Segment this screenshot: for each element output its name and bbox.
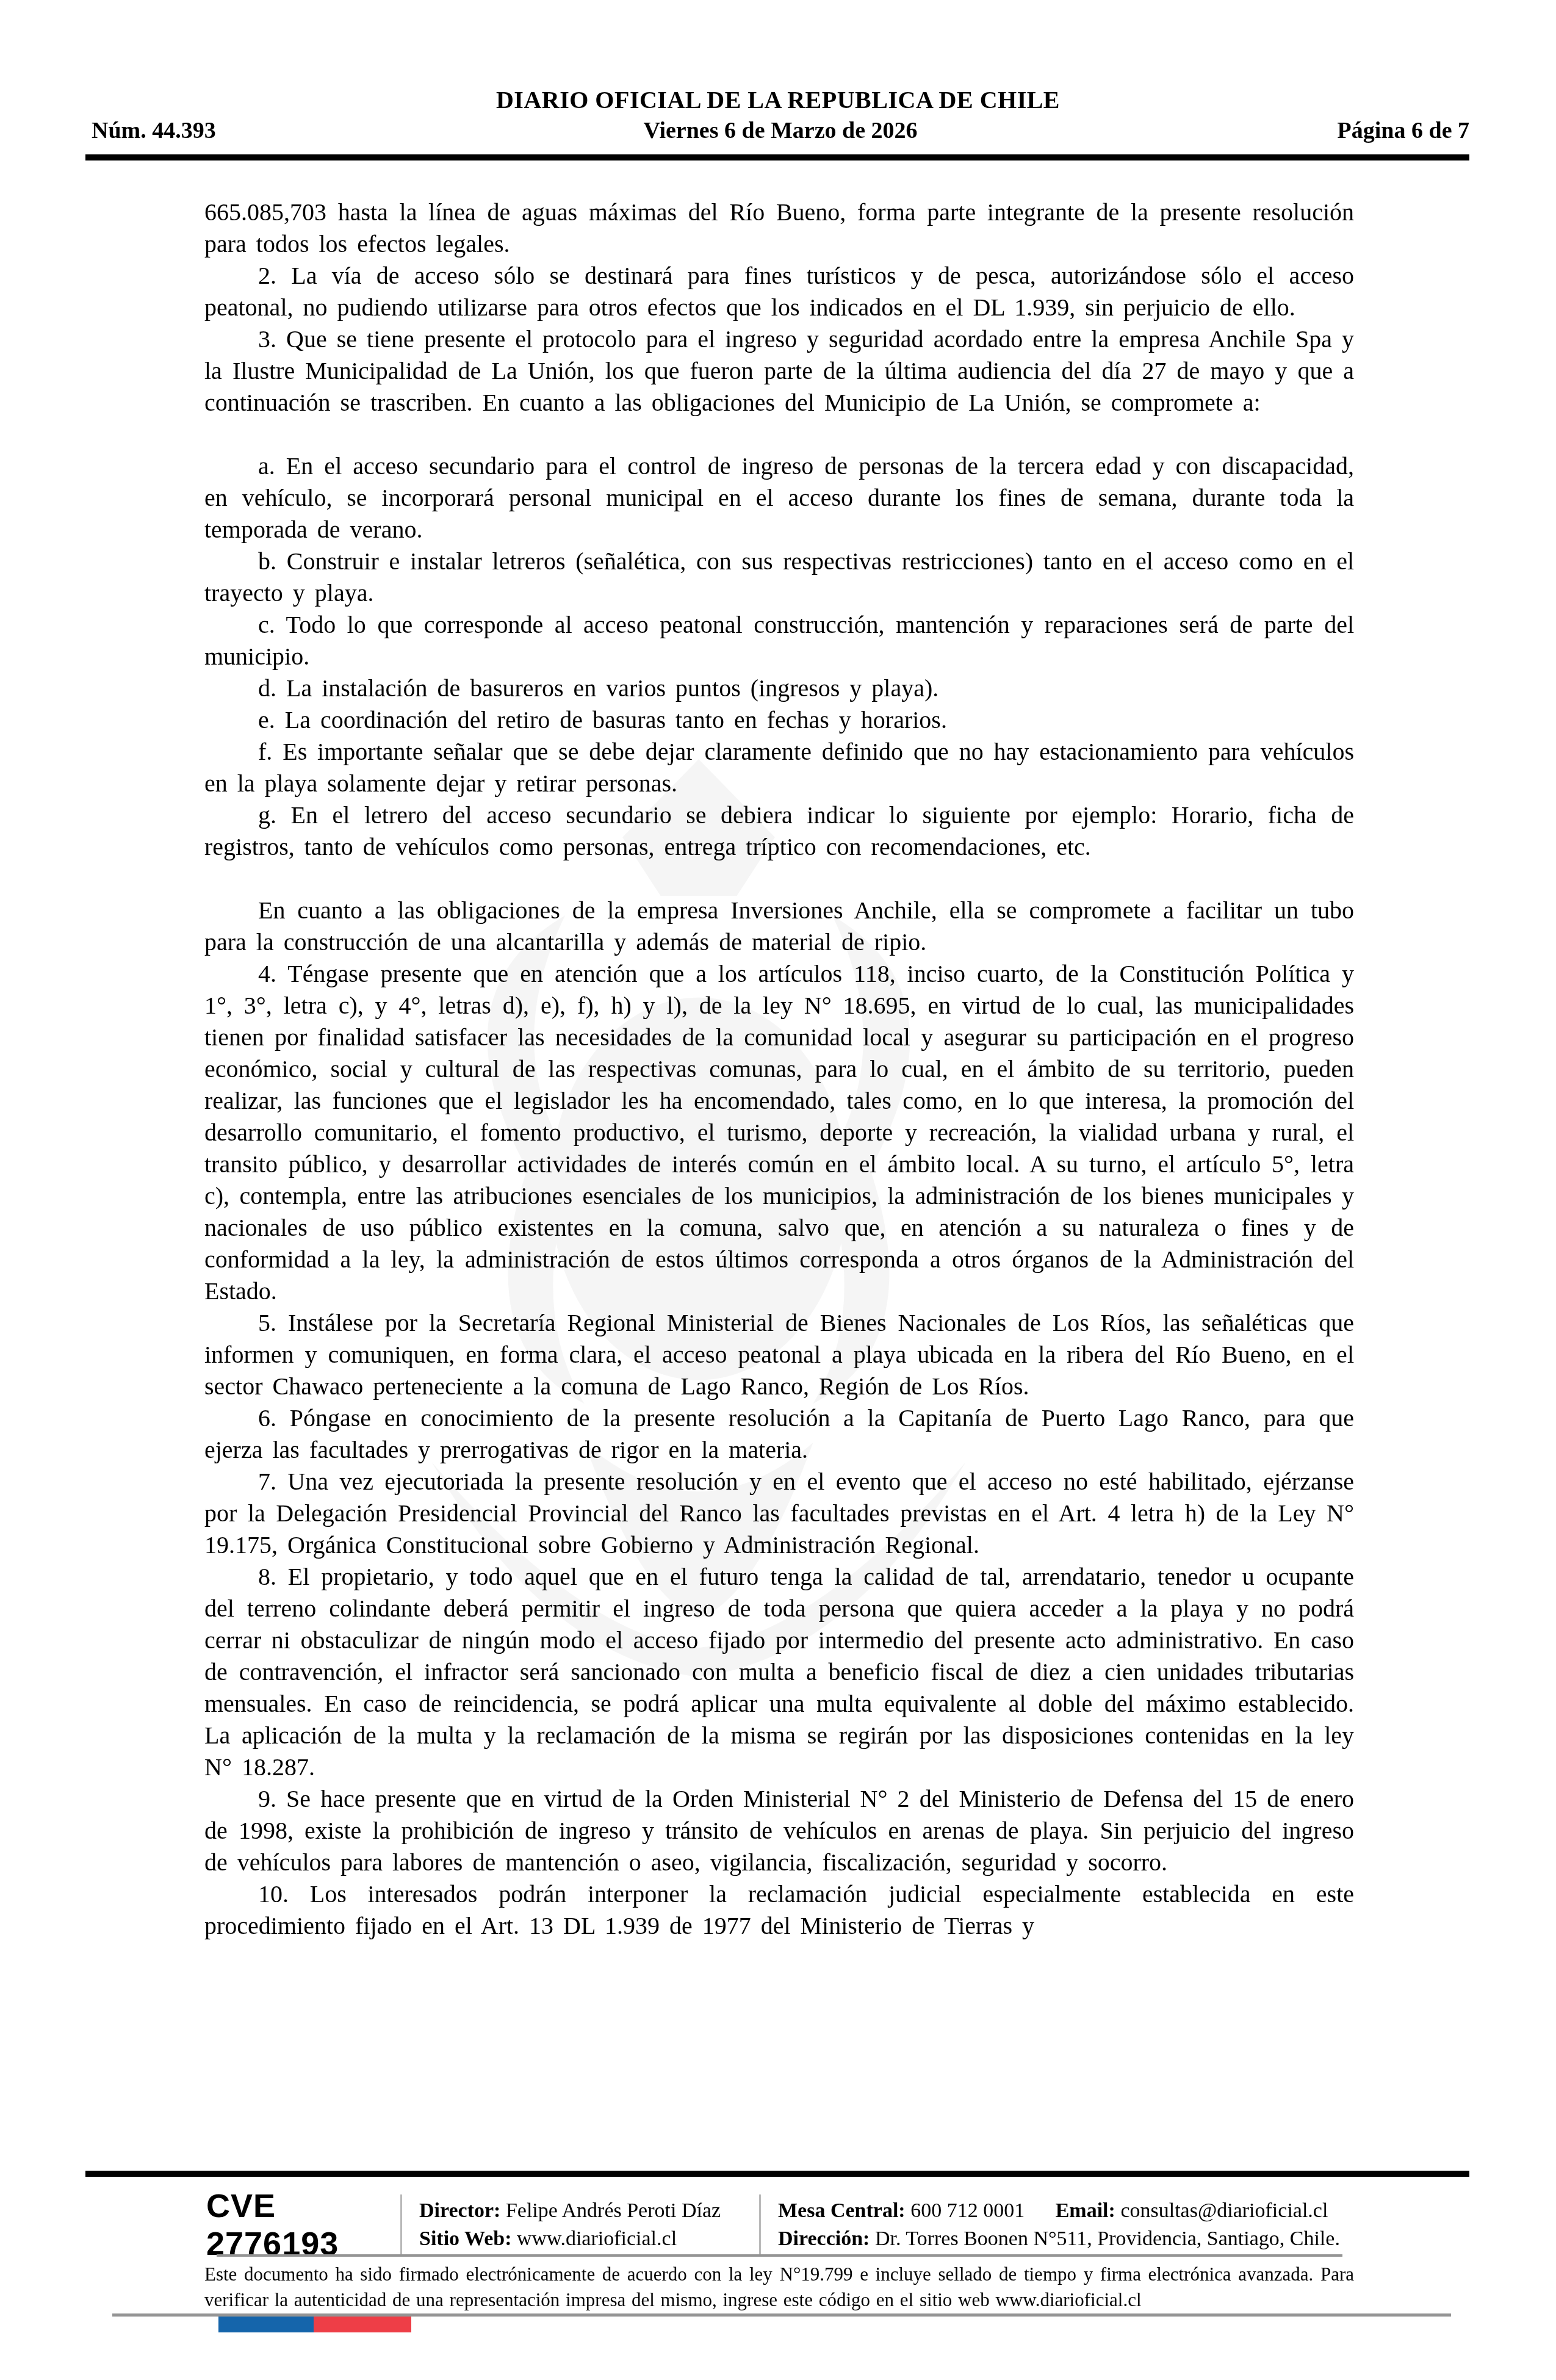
footer-divider-1 xyxy=(400,2194,402,2256)
body-paragraph: d. La instalación de basureros en varios… xyxy=(204,673,1354,704)
body-paragraph: 8. El propietario, y todo aquel que en e… xyxy=(204,1561,1354,1783)
chile-flag-bar xyxy=(218,2317,411,2332)
address-label: Dirección: xyxy=(778,2227,870,2250)
footer-info-box: CVE 2776193 Director: Felipe Andrés Pero… xyxy=(206,2194,1353,2256)
flag-blue-segment xyxy=(218,2317,314,2332)
body-paragraph: 10. Los interesados podrán interponer la… xyxy=(204,1878,1354,1942)
address-value: Dr. Torres Boonen N°511, Providencia, Sa… xyxy=(875,2227,1340,2250)
body-paragraph: 7. Una vez ejecutoriada la presente reso… xyxy=(204,1466,1354,1561)
email-label: Email: xyxy=(1056,2199,1115,2222)
body-paragraph: 6. Póngase en conocimiento de la present… xyxy=(204,1402,1354,1466)
footer-contact-column: Mesa Central: 600 712 0001 Email: consul… xyxy=(778,2197,1340,2253)
newspaper-title: DIARIO OFICIAL DE LA REPUBLICA DE CHILE xyxy=(0,85,1556,114)
body-paragraph: c. Todo lo que corresponde al acceso pea… xyxy=(204,609,1354,673)
issue-number: Núm. 44.393 xyxy=(92,117,216,144)
flag-red-segment xyxy=(314,2317,411,2332)
body-paragraph: 9. Se hace presente que en virtud de la … xyxy=(204,1783,1354,1878)
body-paragraph: 665.085,703 hasta la línea de aguas máxi… xyxy=(204,197,1354,260)
header-meta-row: Viernes 6 de Marzo de 2026 Núm. 44.393 P… xyxy=(92,117,1469,144)
body-paragraph: g. En el letrero del acceso secundario s… xyxy=(204,799,1354,863)
director-name: Felipe Andrés Peroti Díaz xyxy=(506,2199,721,2222)
phone-value: 600 712 0001 xyxy=(910,2199,1025,2222)
director-label: Director: xyxy=(419,2199,500,2222)
address-line: Dirección: Dr. Torres Boonen N°511, Prov… xyxy=(778,2225,1340,2253)
edition-date: Viernes 6 de Marzo de 2026 xyxy=(92,117,1469,144)
body-paragraph: a. En el acceso secundario para el contr… xyxy=(204,450,1354,546)
body-paragraph: 4. Téngase presente que en atención que … xyxy=(204,958,1354,1307)
email-value: consultas@diarioficial.cl xyxy=(1120,2199,1328,2222)
phone-label: Mesa Central: xyxy=(778,2199,906,2222)
phone-email-line: Mesa Central: 600 712 0001 Email: consul… xyxy=(778,2197,1340,2225)
body-paragraph: 2. La vía de acceso sólo se destinará pa… xyxy=(204,260,1354,323)
footer-mid-rule xyxy=(217,2254,1342,2257)
website-value: www.diarioficial.cl xyxy=(517,2227,677,2250)
signature-disclaimer: Este documento ha sido firmado electróni… xyxy=(204,2262,1354,2313)
header-rule xyxy=(85,154,1469,160)
director-line: Director: Felipe Andrés Peroti Díaz xyxy=(419,2197,759,2225)
document-page: DIARIO OFICIAL DE LA REPUBLICA DE CHILE … xyxy=(0,0,1556,2380)
body-paragraph: 5. Instálese por la Secretaría Regional … xyxy=(204,1307,1354,1402)
footer-director-column: Director: Felipe Andrés Peroti Díaz Siti… xyxy=(419,2197,759,2253)
footer-divider-2 xyxy=(759,2194,761,2256)
website-line: Sitio Web: www.diarioficial.cl xyxy=(419,2225,759,2253)
document-body: 665.085,703 hasta la línea de aguas máxi… xyxy=(204,197,1354,1942)
page-indicator: Página 6 de 7 xyxy=(1338,117,1469,144)
body-paragraph: b. Construir e instalar letreros (señalé… xyxy=(204,546,1354,609)
body-paragraph: En cuanto a las obligaciones de la empre… xyxy=(204,895,1354,958)
body-paragraph: e. La coordinación del retiro de basuras… xyxy=(204,704,1354,736)
website-label: Sitio Web: xyxy=(419,2227,511,2250)
body-paragraph: 3. Que se tiene presente el protocolo pa… xyxy=(204,323,1354,419)
footer-top-rule xyxy=(85,2171,1469,2177)
body-paragraph: f. Es importante señalar que se debe dej… xyxy=(204,736,1354,799)
cve-code: CVE 2776193 xyxy=(206,2187,400,2263)
